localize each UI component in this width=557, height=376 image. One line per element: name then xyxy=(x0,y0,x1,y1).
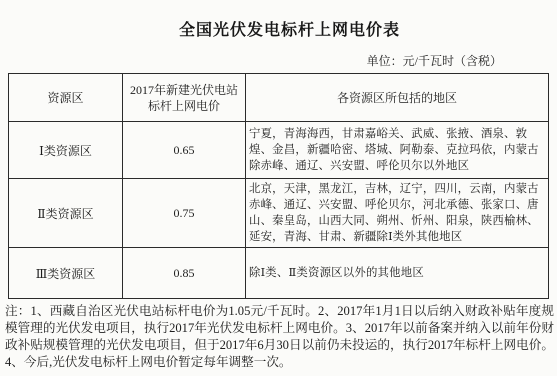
zone-1-label: Ⅰ类资源区 xyxy=(9,122,123,179)
table-header-row: 资源区 2017年新建光伏电站标杆上网电价 各资源区所包括的地区 xyxy=(9,74,549,122)
header-resource-zone: 资源区 xyxy=(9,74,123,122)
table-row-zone-1: Ⅰ类资源区 0.65 宁夏，青海海西，甘肃嘉峪关、武威、张掖、酒泉、敦煌、金昌，… xyxy=(9,122,549,179)
zone-1-price: 0.65 xyxy=(123,122,246,179)
table-row-zone-3: Ⅲ类资源区 0.85 除Ⅰ类、Ⅱ类资源区以外的其他地区 xyxy=(9,248,549,299)
zone-1-regions: 宁夏，青海海西，甘肃嘉峪关、武威、张掖、酒泉、敦煌、金昌，新疆哈密、塔城、阿勒泰… xyxy=(246,122,549,179)
unit-label: 单位：元/千瓦时（含税） xyxy=(0,54,557,68)
zone-2-regions: 北京，天津，黑龙江，吉林，辽宁，四川，云南，内蒙古赤峰、通辽、兴安盟、呼伦贝尔，… xyxy=(246,179,549,248)
zone-2-price: 0.75 xyxy=(123,179,246,248)
zone-3-price: 0.85 xyxy=(123,248,246,299)
footnotes: 注：1、西藏自治区光伏电站标杆电价为1.05元/千瓦时。2、2017年1月1日以… xyxy=(5,303,554,371)
page-title: 全国光伏发电标杆上网电价表 xyxy=(0,0,557,40)
tariff-table: 资源区 2017年新建光伏电站标杆上网电价 各资源区所包括的地区 Ⅰ类资源区 0… xyxy=(8,73,549,299)
header-included-regions: 各资源区所包括的地区 xyxy=(246,74,549,122)
table-row-zone-2: Ⅱ类资源区 0.75 北京，天津，黑龙江，吉林，辽宁，四川，云南，内蒙古赤峰、通… xyxy=(9,179,549,248)
zone-2-label: Ⅱ类资源区 xyxy=(9,179,123,248)
zone-3-label: Ⅲ类资源区 xyxy=(9,248,123,299)
header-2017-price: 2017年新建光伏电站标杆上网电价 xyxy=(123,74,246,122)
zone-3-regions: 除Ⅰ类、Ⅱ类资源区以外的其他地区 xyxy=(246,248,549,299)
document-page: 全国光伏发电标杆上网电价表 单位：元/千瓦时（含税） 资源区 2017年新建光伏… xyxy=(0,0,557,376)
